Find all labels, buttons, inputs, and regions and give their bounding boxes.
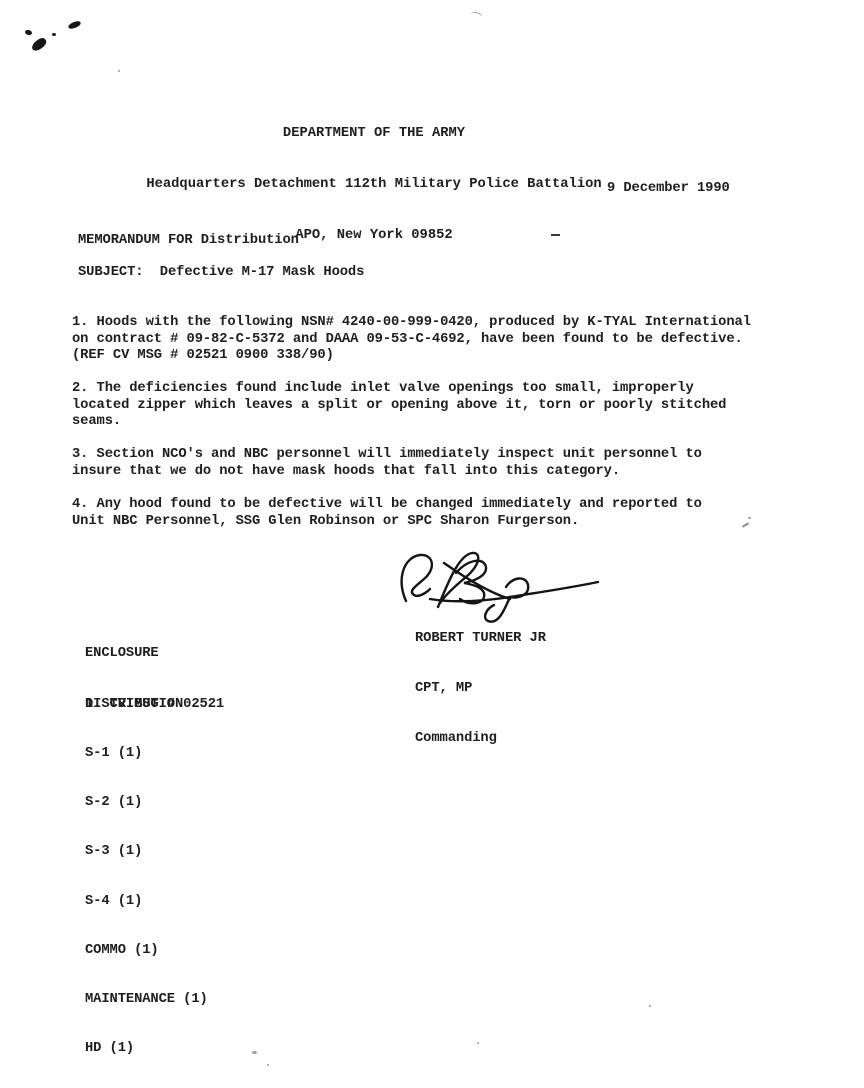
- ink-speck: [52, 33, 56, 36]
- ink-speck: [748, 517, 751, 519]
- ink-speck: [67, 20, 81, 30]
- ink-speck: [649, 1005, 651, 1007]
- letterhead-unit: Headquarters Detachment 112th Military P…: [72, 176, 676, 193]
- signer-rank: CPT, MP: [415, 681, 546, 698]
- ink-speck: [252, 1051, 257, 1054]
- distribution-item: S-1 (1): [85, 746, 208, 762]
- letterhead: DEPARTMENT OF THE ARMY Headquarters Deta…: [72, 91, 676, 278]
- enclosure-heading: ENCLOSURE: [85, 645, 224, 662]
- ink-speck: [477, 1042, 479, 1044]
- distribution-item: HD (1): [85, 1041, 208, 1057]
- ink-squiggle: [469, 10, 483, 22]
- paragraph-4: 4. Any hood found to be defective will b…: [72, 497, 812, 530]
- distribution-item: S-2 (1): [85, 795, 208, 811]
- memorandum-for-line: MEMORANDUM FOR Distribution: [78, 233, 299, 250]
- distribution-heading: DISTRIBUTION: [85, 697, 208, 713]
- date: 9 December 1990: [607, 181, 730, 198]
- subject-line: SUBJECT: Defective M-17 Mask Hoods: [78, 265, 364, 282]
- signature-block: ROBERT TURNER JR CPT, MP Commanding: [415, 598, 546, 781]
- memo-page: DEPARTMENT OF THE ARMY Headquarters Deta…: [0, 0, 864, 1088]
- paragraph-1: 1. Hoods with the following NSN# 4240-00…: [72, 315, 812, 365]
- ink-speck: [430, 388, 433, 390]
- signer-title: Commanding: [415, 731, 546, 748]
- ink-speck: [30, 36, 48, 53]
- ink-speck: [24, 29, 32, 36]
- distribution-block: DISTRIBUTION S-1 (1) S-2 (1) S-3 (1) S-4…: [85, 664, 208, 1088]
- ink-speck: [118, 70, 120, 72]
- letterhead-department: DEPARTMENT OF THE ARMY: [72, 125, 676, 142]
- ink-speck: [267, 1064, 269, 1066]
- paragraph-3: 3. Section NCO's and NBC personnel will …: [72, 447, 812, 480]
- paragraph-2: 2. The deficiencies found include inlet …: [72, 381, 812, 431]
- distribution-item: MAINTENANCE (1): [85, 992, 208, 1008]
- signer-name: ROBERT TURNER JR: [415, 631, 546, 648]
- distribution-item: S-4 (1): [85, 894, 208, 910]
- distribution-item: COMMO (1): [85, 943, 208, 959]
- ink-dash: [551, 234, 560, 236]
- distribution-item: S-3 (1): [85, 844, 208, 860]
